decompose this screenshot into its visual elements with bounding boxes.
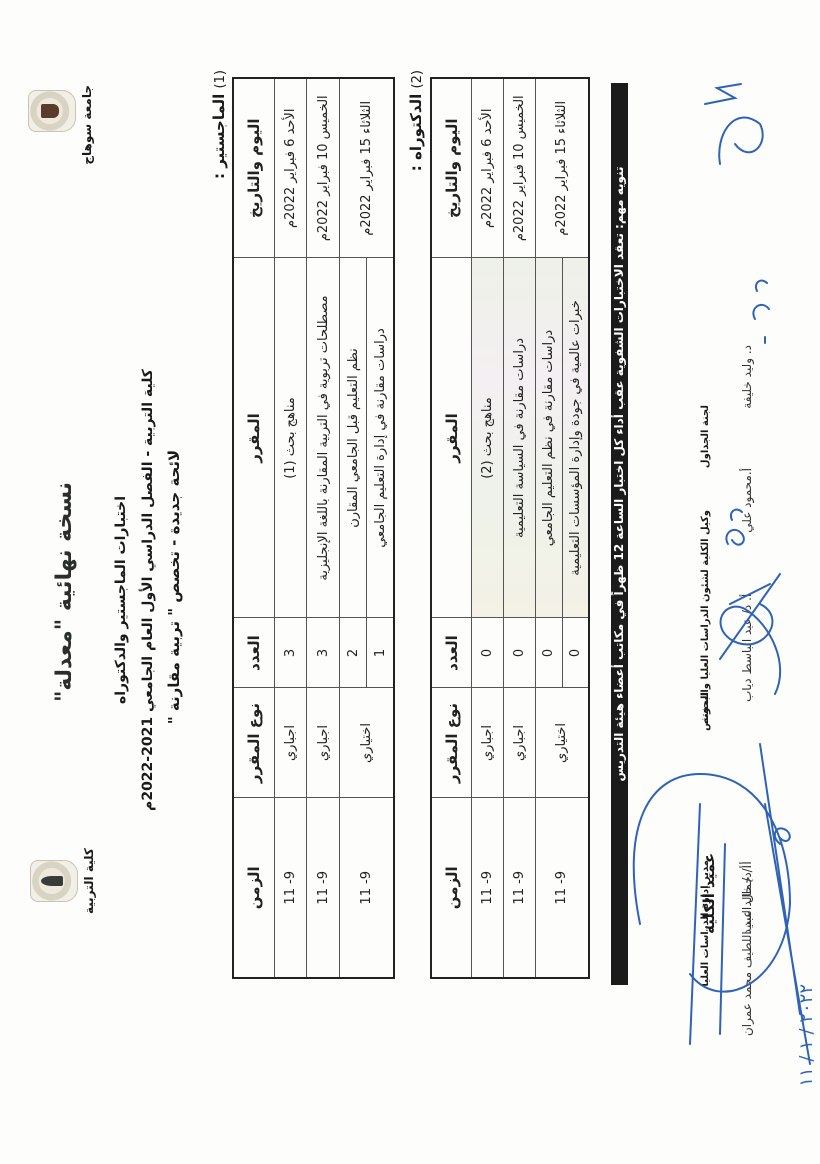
date-cell: الثلاثاء 15 فبراير 2022م (339, 78, 394, 258)
course-cell: مناهج بحث (2) (472, 258, 504, 618)
column-header: اليوم والتاريخ (431, 78, 472, 258)
notice-text: تنويه مهم: تعقد الاختبارات الشفوية عقب أ… (612, 167, 626, 782)
specialization-text: لائحة جديدة - تخصص " تربية مقارنة " (165, 450, 183, 724)
column-header: اليوم والتاريخ (233, 78, 274, 258)
course-cell: خبرات عالمية في جودة وإدارة المؤسسات الت… (562, 258, 589, 618)
exam-title-text: اختبارات الماجستير والدكتوراه (113, 496, 129, 704)
date-cell: الخميس 10 فبراير 2022م (504, 78, 536, 258)
signature-title-schedules-committee: لجنة الجداول (700, 405, 711, 468)
type-cell: اجباري (504, 688, 536, 798)
specialization-line: لائحة جديدة - تخصص " تربية مقارنة " (165, 0, 183, 1164)
time-cell: 9- 11 (307, 798, 340, 978)
table-row: الثلاثاء 15 فبراير 2022م دراسات مقارنة ف… (535, 78, 562, 978)
handwritten-date: ٢٠٢٢ / ١ / ١١ (796, 984, 817, 1087)
signature-title-vice-dean: وكيل الكلية لشئون الدراسات العليا والبحو… (700, 510, 711, 724)
document-page: جامعة سوهاج كلية التربية نسخة نهائية "مع… (0, 0, 820, 1164)
column-header: المقرر (431, 258, 472, 618)
column-header: الزمن (233, 798, 274, 978)
type-cell: اختياري (535, 688, 589, 798)
signature-name: أ. د/ عبد الباسط دياب (740, 594, 754, 702)
college-name: كلية التربية (82, 848, 96, 914)
count-cell: 3 (307, 618, 340, 688)
date-cell: الأحد 6 فبراير 2022م (472, 78, 504, 258)
type-cell: اجباري (274, 688, 307, 798)
count-cell: 2 (339, 618, 366, 688)
signature-stroke (719, 118, 762, 164)
time-cell: 9- 11 (472, 798, 504, 978)
table-row: الخميس 10 فبراير 2022م دراسات مقارنة في … (504, 78, 536, 978)
semester-line: كلية التربية - الفصل الدراسي الأول العام… (140, 0, 156, 1164)
course-cell: مصطلحات تربوية في التربية المقارنة باللغ… (307, 258, 340, 618)
count-cell: 3 (274, 618, 307, 688)
course-cell: مناهج بحث (1) (274, 258, 307, 618)
status-title-text: نسخة نهائية "معدلة" (52, 482, 77, 702)
time-cell: 9- 11 (504, 798, 536, 978)
date-cell: الخميس 10 فبراير 2022م (307, 78, 340, 258)
masters-schedule-table: اليوم والتاريخ المقرر العدد نوع المقرر ا… (232, 77, 395, 979)
table-row: الأحد 6 فبراير 2022م مناهج بحث (1) 3 اجب… (274, 78, 307, 978)
date-cell: الثلاثاء 15 فبراير 2022م (535, 78, 589, 258)
count-cell: 0 (504, 618, 536, 688)
section-title: الماجستير : (210, 94, 228, 179)
count-cell: 0 (562, 618, 589, 688)
course-cell: دراسات مقارنة في إدارة التعليم الجامعي (367, 258, 394, 618)
table-row: الأحد 6 فبراير 2022م مناهج بحث (2) 0 اجب… (472, 78, 504, 978)
course-cell: دراسات مقارنة في السياسة التعليمية (504, 258, 536, 618)
column-header: العدد (431, 618, 472, 688)
time-cell: 9- 11 (274, 798, 307, 978)
count-cell: 0 (472, 618, 504, 688)
course-cell: دراسات مقارنة في نظم التعليم الجامعي (535, 258, 562, 618)
section-number: (2) (410, 70, 425, 88)
document-status-title: نسخة نهائية "معدلة" (52, 0, 77, 1164)
count-cell: 1 (367, 618, 394, 688)
signature-title: لجنة الجداول (700, 405, 711, 468)
exam-title: اختبارات الماجستير والدكتوراه (113, 0, 129, 1164)
signature-name: أ.محمود علي (740, 468, 754, 533)
table-row: الثلاثاء 15 فبراير 2022م نظم التعليم قبل… (339, 78, 366, 978)
signature-title: وكيل الكلية لشئون الدراسات العليا والبحو… (700, 510, 711, 724)
section-label-masters: (1) الماجستير : (210, 70, 228, 179)
count-cell: 0 (535, 618, 562, 688)
scanned-document-stage: جامعة سوهاج كلية التربية نسخة نهائية "مع… (0, 0, 820, 1164)
section-label-doctorate: (2) الدكتوراه : (407, 70, 425, 171)
semester-text: كلية التربية - الفصل الدراسي الأول العام… (140, 369, 156, 811)
section-number: (1) (213, 70, 228, 88)
column-header: نوع المقرر (233, 688, 274, 798)
column-header: المقرر (233, 258, 274, 618)
section-title: الدكتوراه : (407, 94, 425, 172)
table-row: الخميس 10 فبراير 2022م مصطلحات تربوية في… (307, 78, 340, 978)
signature-name: أ. د/ خالد عبد اللطيف محمد عمران (740, 861, 754, 1036)
table-header-row: اليوم والتاريخ المقرر العدد نوع المقرر ا… (233, 78, 274, 978)
university-name: جامعة سوهاج (80, 85, 94, 165)
column-header: العدد (233, 618, 274, 688)
date-cell: الأحد 6 فبراير 2022م (274, 78, 307, 258)
type-cell: اجباري (307, 688, 340, 798)
column-header: الزمن (431, 798, 472, 978)
course-cell: نظم التعليم قبل الجامعي المقارن (339, 258, 366, 618)
type-cell: اجباري (472, 688, 504, 798)
time-cell: 9- 11 (535, 798, 589, 978)
important-notice-bar: تنويه مهم: تعقد الاختبارات الشفوية عقب أ… (611, 83, 628, 985)
time-cell: 9- 11 (339, 798, 394, 978)
doctorate-schedule-table: اليوم والتاريخ المقرر العدد نوع المقرر ا… (430, 77, 590, 979)
table-header-row: اليوم والتاريخ المقرر العدد نوع المقرر ا… (431, 78, 472, 978)
column-header: نوع المقرر (431, 688, 472, 798)
type-cell: اختياري (339, 688, 394, 798)
signature-name: د. وليد خليفة (740, 345, 754, 409)
signature-title-dean: عميد الكلية (700, 853, 718, 934)
signature-title: عميد الكلية (700, 853, 718, 934)
